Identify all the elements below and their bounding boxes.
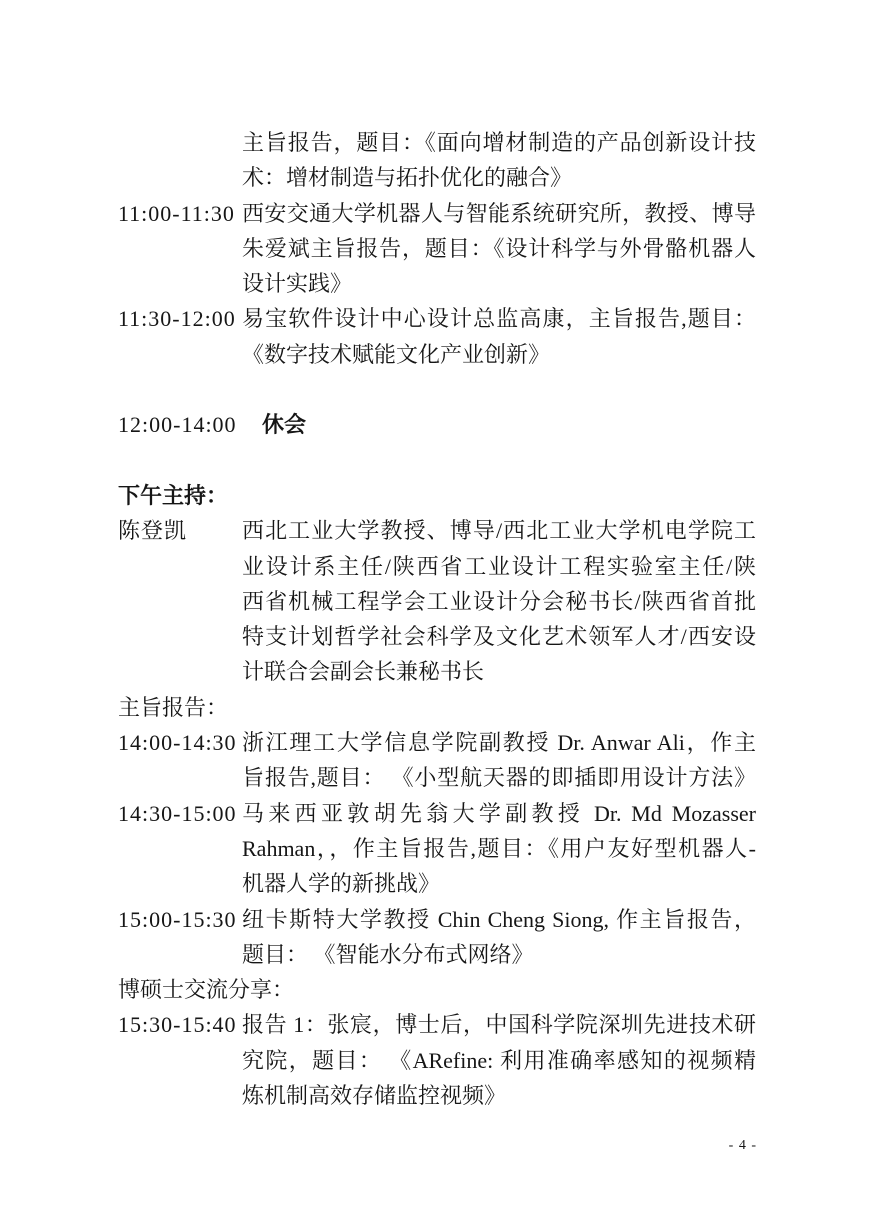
entry-line: 计联合会副会长兼秘书长	[242, 654, 756, 689]
entry-line: 炼机制高效存储监控视频》	[242, 1078, 756, 1113]
section-heading-keynotes: 主旨报告：	[118, 690, 756, 725]
entry-line: 究院，题目： 《ARefine: 利用准确率感知的视频精	[242, 1043, 756, 1078]
schedule-entry: 主旨报告，题目：《面向增材制造的产品创新设计技 术：增材制造与拓扑优化的融合》	[118, 125, 756, 196]
entry-time: 14:30-15:00	[118, 796, 242, 831]
entry-line: 西安交通大学机器人与智能系统研究所，教授、博导	[242, 196, 756, 231]
entry-line: 马来西亚敦胡先翁大学副教授 Dr. Md Mozasser	[242, 796, 756, 831]
entry-line: 特支计划哲学社会科学及文化艺术领军人才/西安设	[242, 619, 756, 654]
entry-content: 浙江理工大学信息学院副教授 Dr. Anwar Ali，作主 旨报告,题目： 《…	[242, 725, 756, 796]
entry-content: 主旨报告，题目：《面向增材制造的产品创新设计技 术：增材制造与拓扑优化的融合》	[242, 125, 756, 196]
entry-content: 报告 1：张宸，博士后，中国科学院深圳先进技术研 究院，题目： 《ARefine…	[242, 1007, 756, 1113]
entry-line: 朱爱斌主旨报告，题目：《设计科学与外骨骼机器人	[242, 231, 756, 266]
blank-line	[118, 443, 756, 478]
schedule-entry: 15:00-15:30 纽卡斯特大学教授 Chin Cheng Siong, 作…	[118, 902, 756, 973]
entry-line: 机器人学的新挑战》	[242, 866, 756, 901]
entry-line: 休会	[242, 407, 756, 442]
entry-line: 《数字技术赋能文化产业创新》	[242, 337, 756, 372]
entry-line: 易宝软件设计中心设计总监高康，主旨报告,题目：	[242, 301, 756, 336]
entry-line: 术：增材制造与拓扑优化的融合》	[242, 160, 756, 195]
entry-line: Rahman，，作主旨报告,题目：《用户友好型机器人-	[242, 831, 756, 866]
schedule-entry: 11:00-11:30 西安交通大学机器人与智能系统研究所，教授、博导 朱爱斌主…	[118, 196, 756, 302]
entry-time: 11:30-12:00	[118, 301, 242, 336]
entry-time: 14:00-14:30	[118, 725, 242, 760]
schedule-entry: 15:30-15:40 报告 1：张宸，博士后，中国科学院深圳先进技术研 究院，…	[118, 1007, 756, 1113]
entry-line: 浙江理工大学信息学院副教授 Dr. Anwar Ali，作主	[242, 725, 756, 760]
section-heading-phd-sharing: 博硕士交流分享：	[118, 972, 756, 1007]
entry-content: 纽卡斯特大学教授 Chin Cheng Siong, 作主旨报告， 题目： 《智…	[242, 902, 756, 973]
entry-line: 业设计系主任/陕西省工业设计工程实验室主任/陕	[242, 549, 756, 584]
entry-time: 15:00-15:30	[118, 902, 242, 937]
blank-line	[118, 372, 756, 407]
schedule-entry: 11:30-12:00 易宝软件设计中心设计总监高康，主旨报告,题目： 《数字技…	[118, 301, 756, 372]
entry-line: 主旨报告，题目：《面向增材制造的产品创新设计技	[242, 125, 756, 160]
entry-time	[118, 125, 242, 160]
section-heading-afternoon-host: 下午主持：	[118, 478, 756, 513]
entry-line: 题目： 《智能水分布式网络》	[242, 937, 756, 972]
entry-line: 西省机械工程学会工业设计分会秘书长/陕西省首批	[242, 584, 756, 619]
page-number: - 4 -	[729, 1137, 757, 1155]
entry-content: 西安交通大学机器人与智能系统研究所，教授、博导 朱爱斌主旨报告，题目：《设计科学…	[242, 196, 756, 302]
schedule: 主旨报告，题目：《面向增材制造的产品创新设计技 术：增材制造与拓扑优化的融合》 …	[118, 125, 756, 1113]
entry-time: 12:00-14:00	[118, 407, 242, 442]
entry-time: 陈登凯	[118, 513, 242, 548]
entry-content: 西北工业大学教授、博导/西北工业大学机电学院工 业设计系主任/陕西省工业设计工程…	[242, 513, 756, 689]
entry-content: 易宝软件设计中心设计总监高康，主旨报告,题目： 《数字技术赋能文化产业创新》	[242, 301, 756, 372]
schedule-entry: 12:00-14:00 休会	[118, 407, 756, 442]
entry-line: 纽卡斯特大学教授 Chin Cheng Siong, 作主旨报告，	[242, 902, 756, 937]
schedule-entry: 14:30-15:00 马来西亚敦胡先翁大学副教授 Dr. Md Mozasse…	[118, 796, 756, 902]
document-page: 主旨报告，题目：《面向增材制造的产品创新设计技 术：增材制造与拓扑优化的融合》 …	[0, 0, 870, 1221]
entry-line: 报告 1：张宸，博士后，中国科学院深圳先进技术研	[242, 1007, 756, 1042]
entry-time: 11:00-11:30	[118, 196, 242, 231]
entry-line: 设计实践》	[242, 266, 756, 301]
entry-line: 旨报告,题目： 《小型航天器的即插即用设计方法》	[242, 760, 756, 795]
schedule-entry: 14:00-14:30 浙江理工大学信息学院副教授 Dr. Anwar Ali，…	[118, 725, 756, 796]
entry-line: 西北工业大学教授、博导/西北工业大学机电学院工	[242, 513, 756, 548]
entry-content: 马来西亚敦胡先翁大学副教授 Dr. Md Mozasser Rahman，，作主…	[242, 796, 756, 902]
entry-time: 15:30-15:40	[118, 1007, 242, 1042]
entry-content: 休会	[242, 407, 756, 442]
schedule-entry: 陈登凯 西北工业大学教授、博导/西北工业大学机电学院工 业设计系主任/陕西省工业…	[118, 513, 756, 689]
